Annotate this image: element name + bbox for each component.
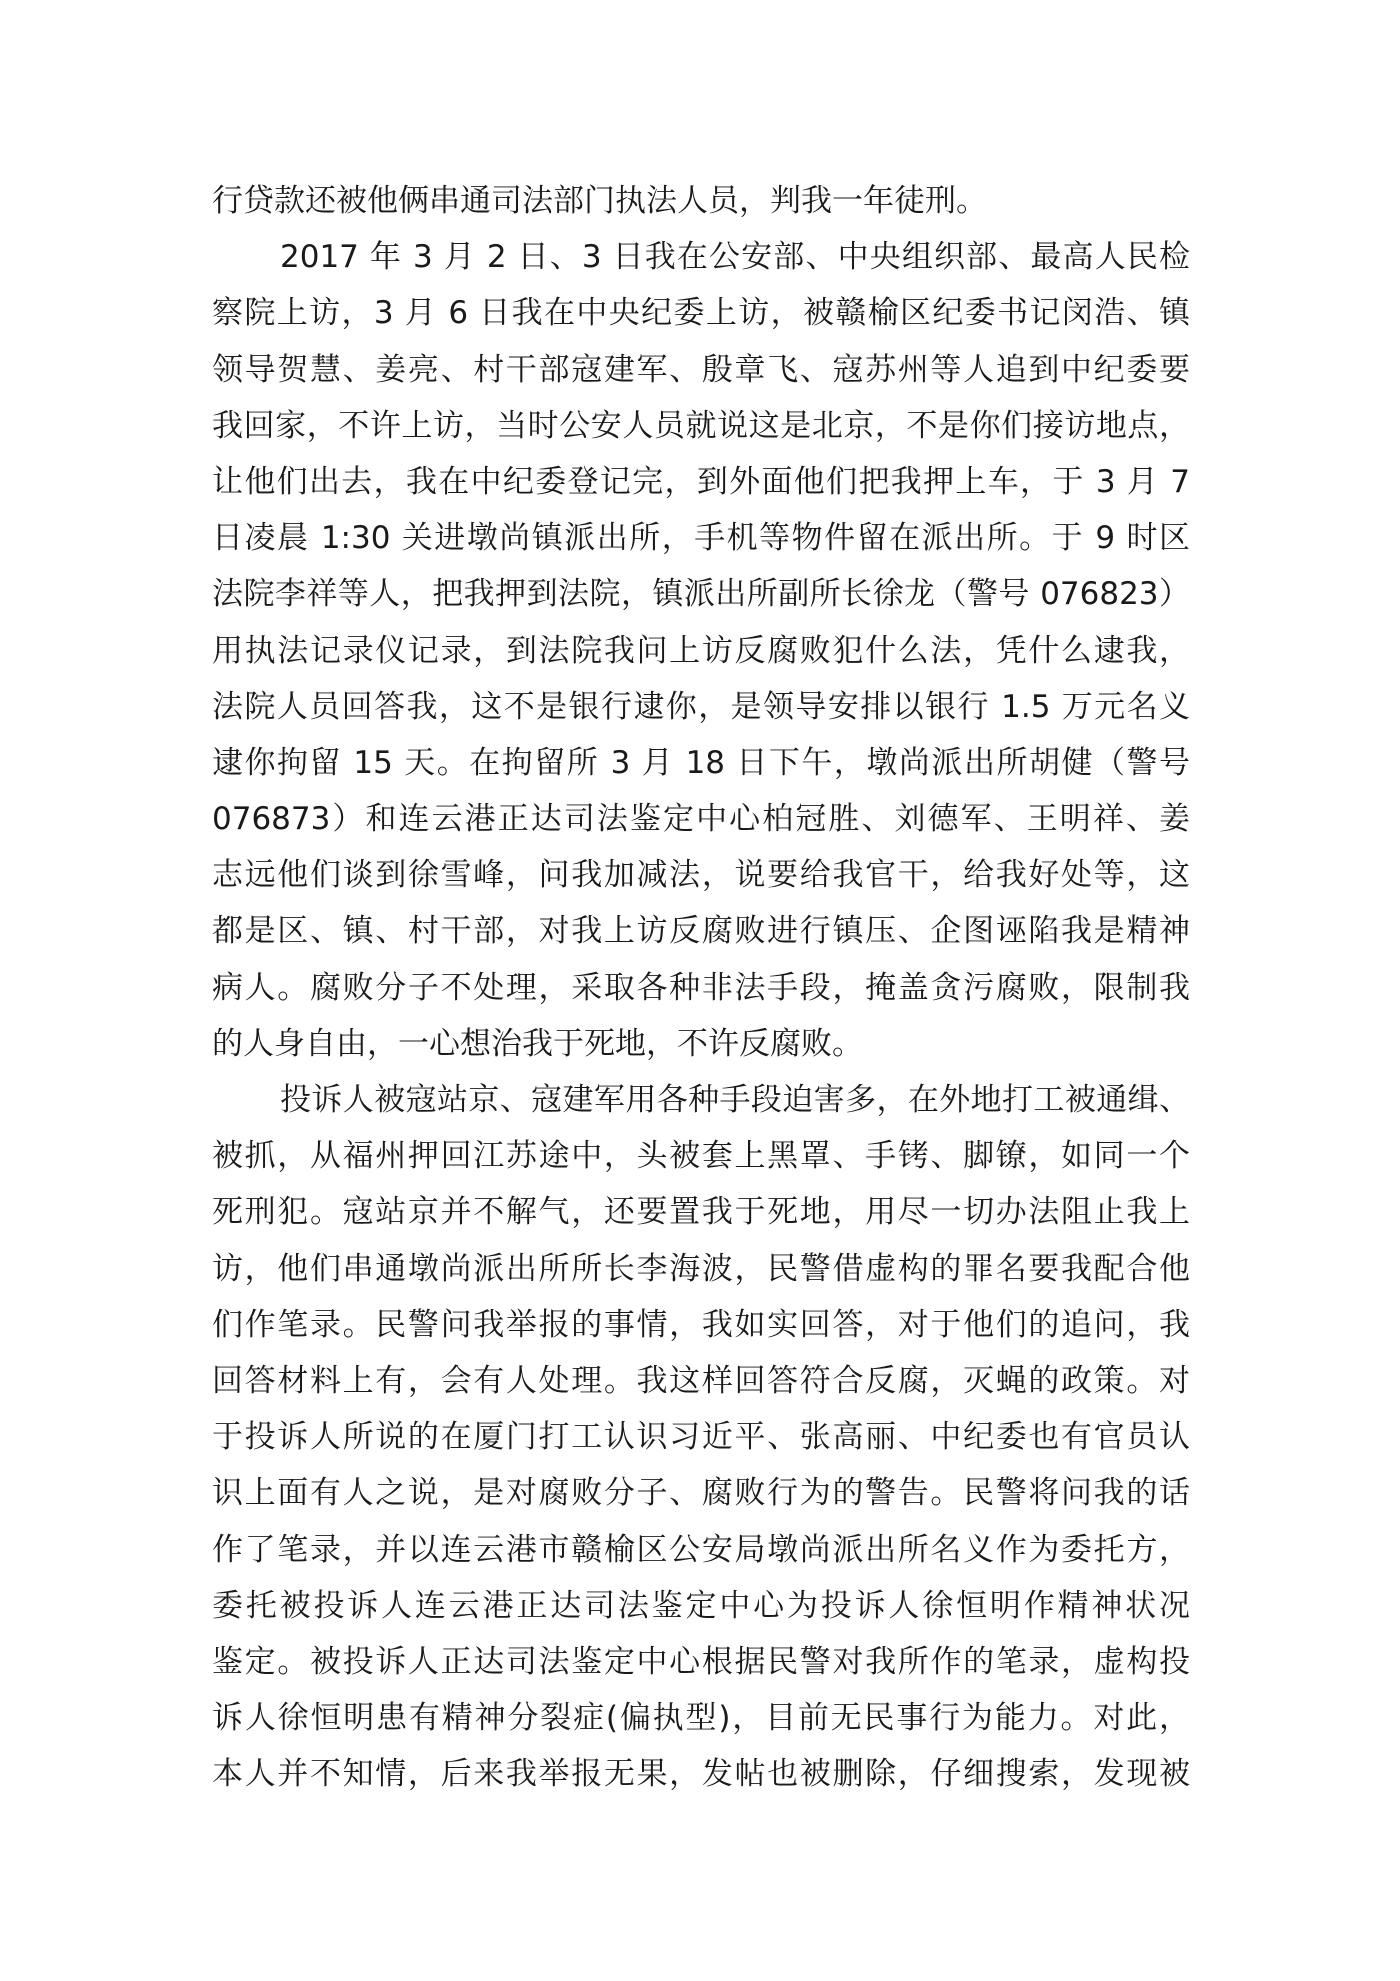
text-line: 用执法记录仪记录，到法院我问上访反腐败犯什么法，凭什么逮我， xyxy=(212,623,1190,679)
text-line: 诉人徐恒明患有精神分裂症(偏执型)，目前无民事行为能力。对此， xyxy=(212,1690,1190,1746)
text-line: 都是区、镇、村干部，对我上访反腐败进行镇压、企图诬陷我是精神 xyxy=(212,903,1190,959)
document-page: 行贷款还被他俩串通司法部门执法人员，判我一年徒刑。 2017 年 3 月 2 日… xyxy=(0,0,1400,1981)
text-line: 日凌晨 1:30 关进墩尚镇派出所，手机等物件留在派出所。于 9 时区 xyxy=(212,510,1190,566)
text-line: 法院李祥等人，把我押到法院，镇派出所副所长徐龙（警号 076823） xyxy=(212,566,1190,622)
document-body: 行贷款还被他俩串通司法部门执法人员，判我一年徒刑。 2017 年 3 月 2 日… xyxy=(212,173,1190,1802)
text-line: 法院人员回答我，这不是银行逮你，是领导安排以银行 1.5 万元名义 xyxy=(212,679,1190,735)
text-line: 们作笔录。民警问我举报的事情，我如实回答，对于他们的追问，我 xyxy=(212,1297,1190,1353)
paragraph-first-line: 2017 年 3 月 2 日、3 日我在公安部、中央组织部、最高人民检 xyxy=(212,229,1190,285)
text-line: 于投诉人所说的在厦门打工认识习近平、张高丽、中纪委也有官员认 xyxy=(212,1409,1190,1465)
text-line: 被抓，从福州押回江苏途中，头被套上黑罩、手铐、脚镣，如同一个 xyxy=(212,1128,1190,1184)
text-line: 让他们出去，我在中纪委登记完，到外面他们把我押上车，于 3 月 7 xyxy=(212,454,1190,510)
text-line: 行贷款还被他俩串通司法部门执法人员，判我一年徒刑。 xyxy=(212,173,1190,229)
text-line: 076873）和连云港正达司法鉴定中心柏冠胜、刘德军、王明祥、姜 xyxy=(212,791,1190,847)
text-line: 鉴定。被投诉人正达司法鉴定中心根据民警对我所作的笔录，虚构投 xyxy=(212,1634,1190,1690)
text-line: 领导贺慧、姜亮、村干部寇建军、殷章飞、寇苏州等人追到中纪委要 xyxy=(212,342,1190,398)
text-line: 回答材料上有，会有人处理。我这样回答符合反腐，灭蝇的政策。对 xyxy=(212,1353,1190,1409)
text-line: 我回家，不许上访，当时公安人员就说这是北京，不是你们接访地点， xyxy=(212,398,1190,454)
text-line: 识上面有人之说，是对腐败分子、腐败行为的警告。民警将问我的话 xyxy=(212,1465,1190,1521)
paragraph-first-line: 投诉人被寇站京、寇建军用各种手段迫害多，在外地打工被通缉、 xyxy=(212,1072,1190,1128)
text-line: 作了笔录，并以连云港市赣榆区公安局墩尚派出所名义作为委托方， xyxy=(212,1522,1190,1578)
text-line: 本人并不知情，后来我举报无果，发帖也被删除，仔细搜索，发现被 xyxy=(212,1746,1190,1802)
text-line: 察院上访，3 月 6 日我在中央纪委上访，被赣榆区纪委书记闵浩、镇 xyxy=(212,285,1190,341)
text-line: 委托被投诉人连云港正达司法鉴定中心为投诉人徐恒明作精神状况 xyxy=(212,1578,1190,1634)
text-line: 死刑犯。寇站京并不解气，还要置我于死地，用尽一切办法阻止我上 xyxy=(212,1184,1190,1240)
text-line: 逮你拘留 15 天。在拘留所 3 月 18 日下午，墩尚派出所胡健（警号 xyxy=(212,735,1190,791)
text-line: 访，他们串通墩尚派出所所长李海波，民警借虚构的罪名要我配合他 xyxy=(212,1241,1190,1297)
text-line: 的人身自由，一心想治我于死地，不许反腐败。 xyxy=(212,1016,1190,1072)
text-line: 病人。腐败分子不处理，采取各种非法手段，掩盖贪污腐败，限制我 xyxy=(212,960,1190,1016)
text-line: 志远他们谈到徐雪峰，问我加减法，说要给我官干，给我好处等，这 xyxy=(212,847,1190,903)
